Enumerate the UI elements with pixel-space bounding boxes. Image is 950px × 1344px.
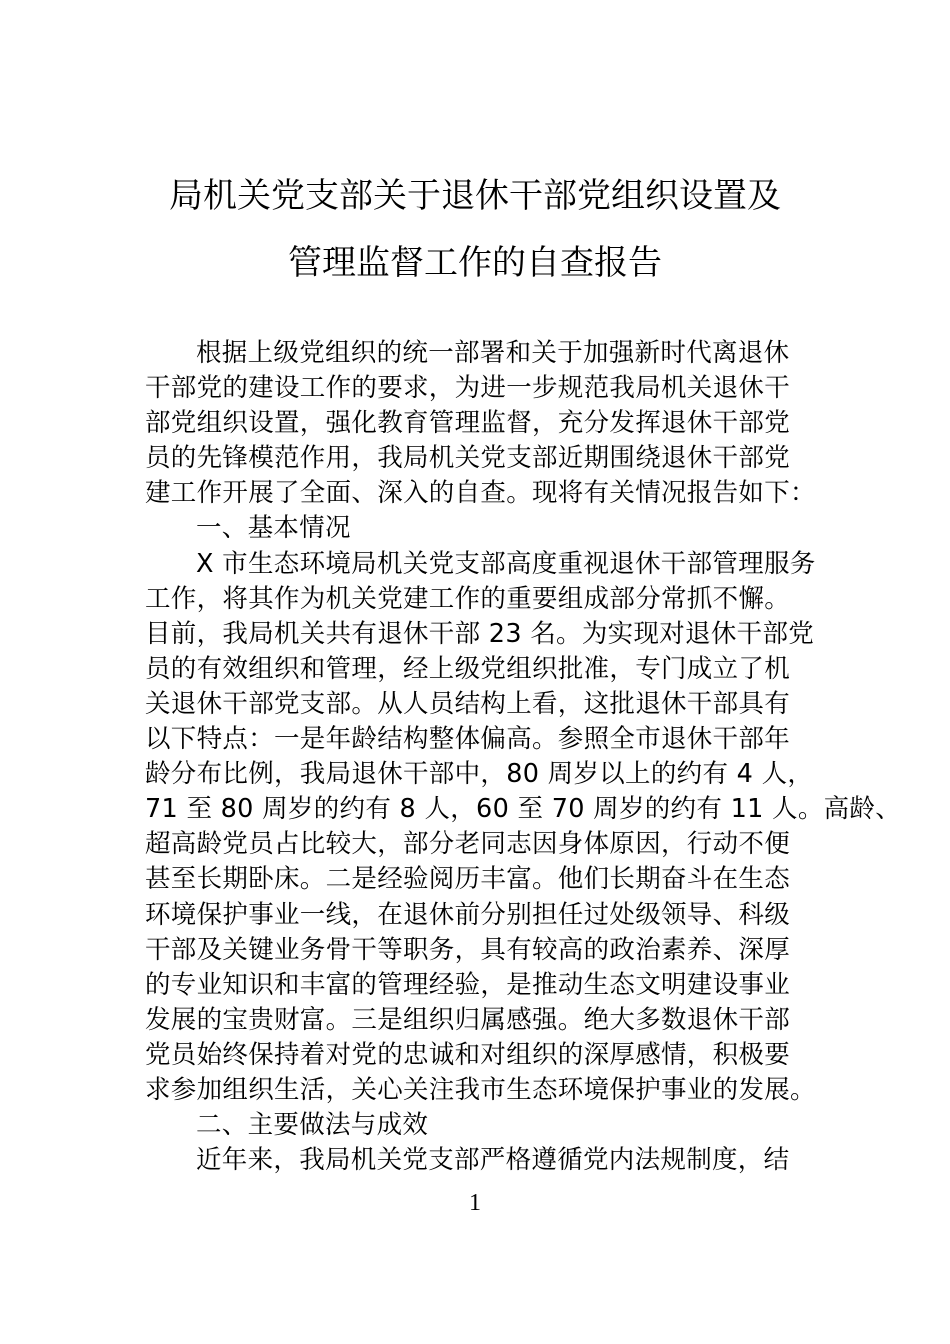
paragraph-line: 的专业知识和丰富的管理经验，是推动生态文明建设事业	[145, 968, 815, 1003]
paragraph-line: 71 至 80 周岁的约有 8 人，60 至 70 周岁的约有 11 人。高龄、	[145, 792, 815, 827]
paragraph-line: 二、主要做法与成效	[145, 1108, 815, 1143]
paragraph-line: 以下特点：一是年龄结构整体偏高。参照全市退休干部年	[145, 722, 815, 757]
paragraph-line: 党员始终保持着对党的忠诚和对组织的深厚感情，积极要	[145, 1038, 815, 1073]
document-body: 根据上级党组织的统一部署和关于加强新时代离退休干部党的建设工作的要求，为进一步规…	[145, 336, 815, 1178]
paragraph-line: 甚至长期卧床。二是经验阅历丰富。他们长期奋斗在生态	[145, 862, 815, 897]
paragraph-line: 超高龄党员占比较大，部分老同志因身体原因，行动不便	[145, 827, 815, 862]
document-title-line-1: 局机关党支部关于退休干部党组织设置及	[0, 176, 950, 216]
paragraph-line: 根据上级党组织的统一部署和关于加强新时代离退休	[145, 336, 815, 371]
paragraph-line: 关退休干部党支部。从人员结构上看，这批退休干部具有	[145, 687, 815, 722]
document-title-line-2: 管理监督工作的自查报告	[0, 243, 950, 283]
paragraph-line: 工作，将其作为机关党建工作的重要组成部分常抓不懈。	[145, 582, 815, 617]
paragraph-line: 求参加组织生活，关心关注我市生态环境保护事业的发展。	[145, 1073, 815, 1108]
paragraph-line: 发展的宝贵财富。三是组织归属感强。绝大多数退休干部	[145, 1003, 815, 1038]
paragraph-line: 员的先锋模范作用，我局机关党支部近期围绕退休干部党	[145, 441, 815, 476]
paragraph-line: 干部党的建设工作的要求，为进一步规范我局机关退休干	[145, 371, 815, 406]
document-page: 局机关党支部关于退休干部党组织设置及 管理监督工作的自查报告 根据上级党组织的统…	[0, 0, 950, 1344]
paragraph-line: 一、基本情况	[145, 511, 815, 546]
page-number: 1	[0, 1190, 950, 1217]
paragraph-line: 建工作开展了全面、深入的自查。现将有关情况报告如下：	[145, 476, 815, 511]
paragraph-line: 员的有效组织和管理，经上级党组织批准，专门成立了机	[145, 652, 815, 687]
paragraph-line: 环境保护事业一线，在退休前分别担任过处级领导、科级	[145, 898, 815, 933]
paragraph-line: X 市生态环境局机关党支部高度重视退休干部管理服务	[145, 547, 815, 582]
paragraph-line: 目前，我局机关共有退休干部 23 名。为实现对退休干部党	[145, 617, 815, 652]
paragraph-line: 部党组织设置，强化教育管理监督，充分发挥退休干部党	[145, 406, 815, 441]
paragraph-line: 龄分布比例，我局退休干部中，80 周岁以上的约有 4 人，	[145, 757, 815, 792]
paragraph-line: 近年来，我局机关党支部严格遵循党内法规制度，结	[145, 1143, 815, 1178]
paragraph-line: 干部及关键业务骨干等职务，具有较高的政治素养、深厚	[145, 933, 815, 968]
